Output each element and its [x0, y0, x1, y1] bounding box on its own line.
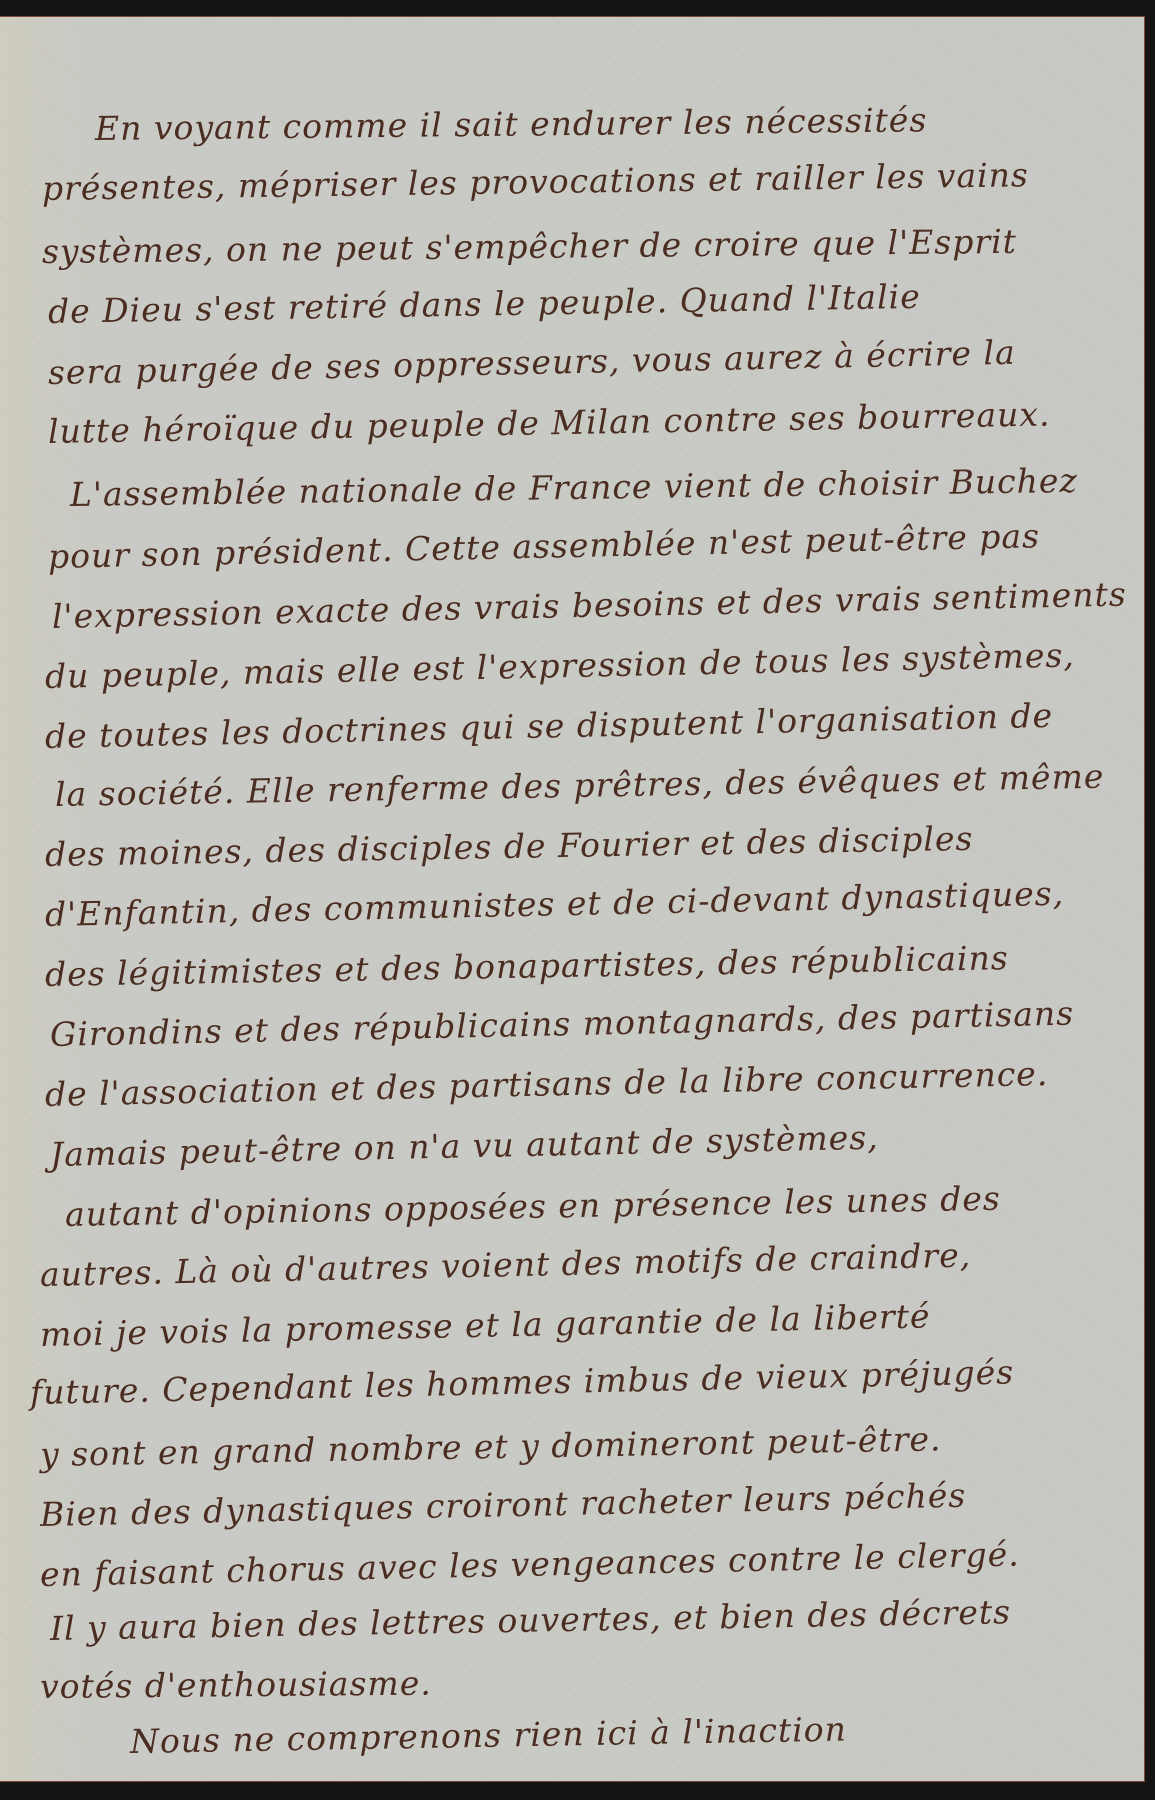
text-line: L'assemblée nationale de France vient de… [70, 461, 1078, 514]
text-line: en faisant chorus avec les vengeances co… [40, 1534, 1020, 1594]
text-line: lutte héroïque du peuple de Milan contre… [48, 395, 1051, 451]
text-line: future. Cependant les hommes imbus de vi… [30, 1352, 1015, 1412]
text-line: y sont en grand nombre et y domineront p… [40, 1419, 942, 1474]
text-line: de Dieu s'est retiré dans le peuple. Qua… [48, 277, 921, 331]
text-line: Jamais peut-être on n'a vu autant de sys… [50, 1118, 879, 1174]
text-line: Il y aura bien des lettres ouvertes, et … [50, 1592, 1012, 1648]
text-line: de toutes les doctrines qui se disputent… [45, 696, 1054, 756]
text-line: des légitimistes et des bonapartistes, d… [45, 938, 1009, 994]
text-line: autres. Là où d'autres voient des motifs… [40, 1236, 972, 1294]
text-line: l'expression exacte des vrais besoins et… [52, 574, 1127, 636]
text-line: présentes, mépriser les provocations et … [42, 155, 1029, 208]
text-line: autant d'opinions opposées en présence l… [65, 1179, 1001, 1234]
text-line: Bien des dynastiques croiront racheter l… [40, 1476, 967, 1534]
text-line: de l'association et des partisans de la … [45, 1054, 1049, 1114]
text-line: systèmes, on ne peut s'empêcher de croir… [42, 222, 1017, 271]
text-line: Nous ne comprenons rien ici à l'inaction [130, 1709, 848, 1761]
text-line: des moines, des disciples de Fourier et … [45, 819, 974, 874]
handwritten-text: En voyant comme il sait endurer les néce… [0, 17, 1144, 1781]
text-line: d'Enfantin, des communistes et de ci-dev… [45, 874, 1065, 934]
text-line: sera purgée de ses oppresseurs, vous aur… [48, 333, 1016, 392]
manuscript-page: En voyant comme il sait endurer les néce… [0, 16, 1145, 1782]
text-line: la société. Elle renferme des prêtres, d… [55, 757, 1105, 814]
text-line: moi je vois la promesse et la garantie d… [40, 1296, 931, 1354]
text-line: Girondins et des républicains montagnard… [50, 994, 1075, 1054]
text-line: votés d'enthousiasme. [40, 1664, 432, 1706]
text-line: pour son président. Cette assemblée n'es… [48, 516, 1041, 576]
text-line: du peuple, mais elle est l'expression de… [45, 635, 1076, 696]
text-line: En voyant comme il sait endurer les néce… [95, 100, 928, 148]
